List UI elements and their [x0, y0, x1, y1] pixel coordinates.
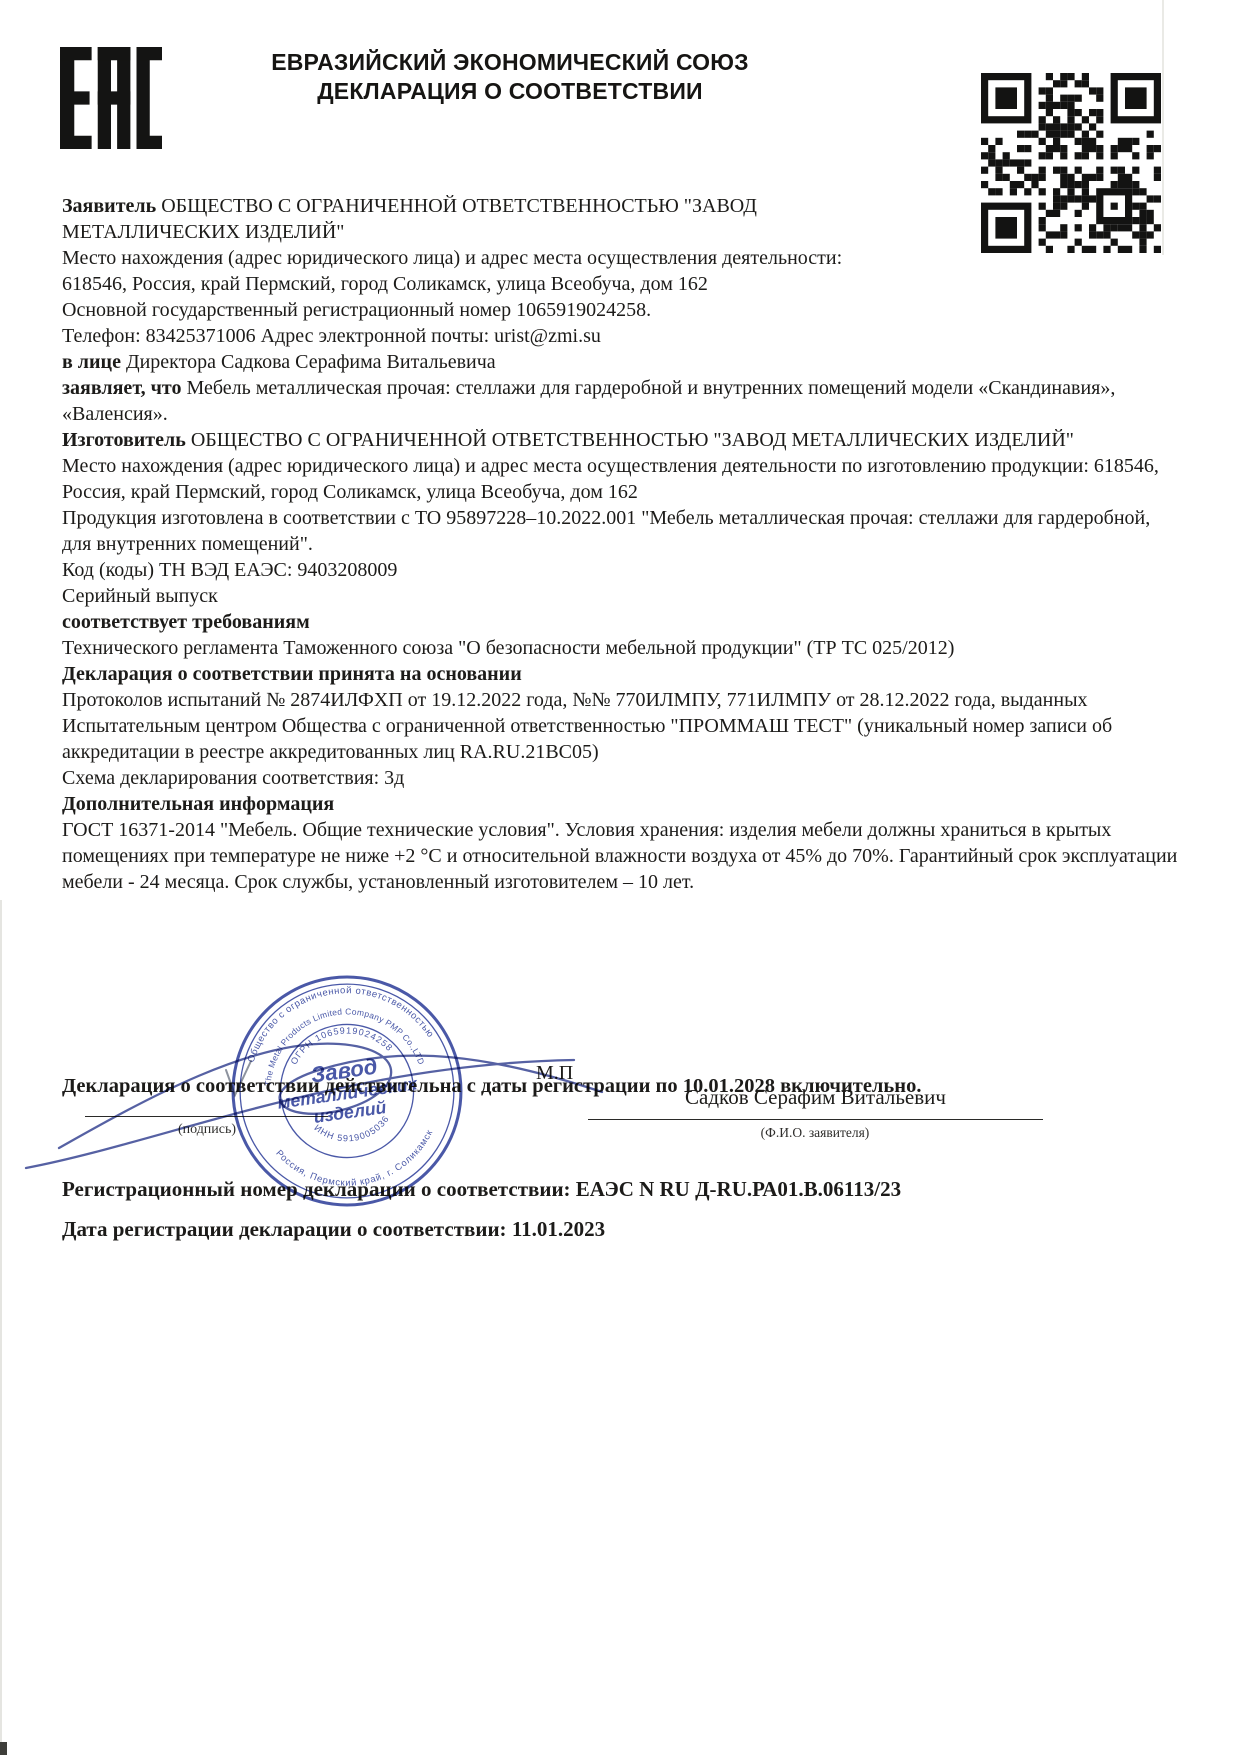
- handwritten-signature: [14, 1000, 644, 1180]
- declares-line: заявляет, что Мебель металлическая проча…: [62, 375, 1184, 427]
- production-spec-line: Продукция изготовлена в соответствии с Т…: [62, 505, 1184, 557]
- basis-header: Декларация о соответствии принята на осн…: [62, 661, 1184, 687]
- name-caption: (Ф.И.О. заявителя): [700, 1125, 930, 1141]
- additional-info-text: ГОСТ 16371-2014 "Мебель. Общие техническ…: [62, 817, 1184, 895]
- grey-tick-mark: [226, 1061, 251, 1095]
- registration-date-line: Дата регистрации декларации о соответств…: [62, 1217, 605, 1242]
- tnved-code-line: Код (коды) ТН ВЭД ЕАЭС: 9403208009: [62, 557, 1184, 583]
- representative-line: в лице Директора Садкова Серафима Виталь…: [62, 349, 882, 375]
- manufacturer-line: Изготовитель ОБЩЕСТВО С ОГРАНИЧЕННОЙ ОТВ…: [62, 427, 1184, 453]
- document-type: ДЕКЛАРАЦИЯ О СООТВЕТСТВИИ: [200, 77, 820, 106]
- union-name: ЕВРАЗИЙСКИЙ ЭКОНОМИЧЕСКИЙ СОЮЗ: [200, 48, 820, 77]
- scan-artifact-speck: [0, 1742, 7, 1755]
- name-line: [588, 1119, 1043, 1120]
- document-body: Заявитель ОБЩЕСТВО С ОГРАНИЧЕННОЙ ОТВЕТС…: [62, 193, 1184, 895]
- applicant-address: Место нахождения (адрес юридического лиц…: [62, 245, 882, 297]
- scan-artifact-right-edge: [1162, 0, 1164, 255]
- serial-issue-line: Серийный выпуск: [62, 583, 1184, 609]
- basis-text: Протоколов испытаний № 2874ИЛФХП от 19.1…: [62, 687, 1184, 765]
- document-title: ЕВРАЗИЙСКИЙ ЭКОНОМИЧЕСКИЙ СОЮЗ ДЕКЛАРАЦИ…: [200, 48, 820, 106]
- applicant-block: Заявитель ОБЩЕСТВО С ОГРАНИЧЕННОЙ ОТВЕТС…: [62, 193, 882, 375]
- requirements-text: Технического регламента Таможенного союз…: [62, 635, 1184, 661]
- additional-info-header: Дополнительная информация: [62, 791, 1184, 817]
- applicant-full-name: Садков Серафим Витальевич: [588, 1085, 1043, 1110]
- applicant-line: Заявитель ОБЩЕСТВО С ОГРАНИЧЕННОЙ ОТВЕТС…: [62, 193, 882, 245]
- requirements-header: соответствует требованиям: [62, 609, 1184, 635]
- scheme-line: Схема декларирования соответствия: 3д: [62, 765, 1184, 791]
- scan-artifact-left-edge: [0, 900, 2, 1755]
- contacts-line: Телефон: 83425371006 Адрес электронной п…: [62, 323, 882, 349]
- ogrn-line: Основной государственный регистрационный…: [62, 297, 882, 323]
- eac-mark-icon: [60, 46, 162, 150]
- manufacturer-address: Место нахождения (адрес юридического лиц…: [62, 453, 1184, 505]
- declaration-of-conformity-document: ЕВРАЗИЙСКИЙ ЭКОНОМИЧЕСКИЙ СОЮЗ ДЕКЛАРАЦИ…: [0, 0, 1242, 1755]
